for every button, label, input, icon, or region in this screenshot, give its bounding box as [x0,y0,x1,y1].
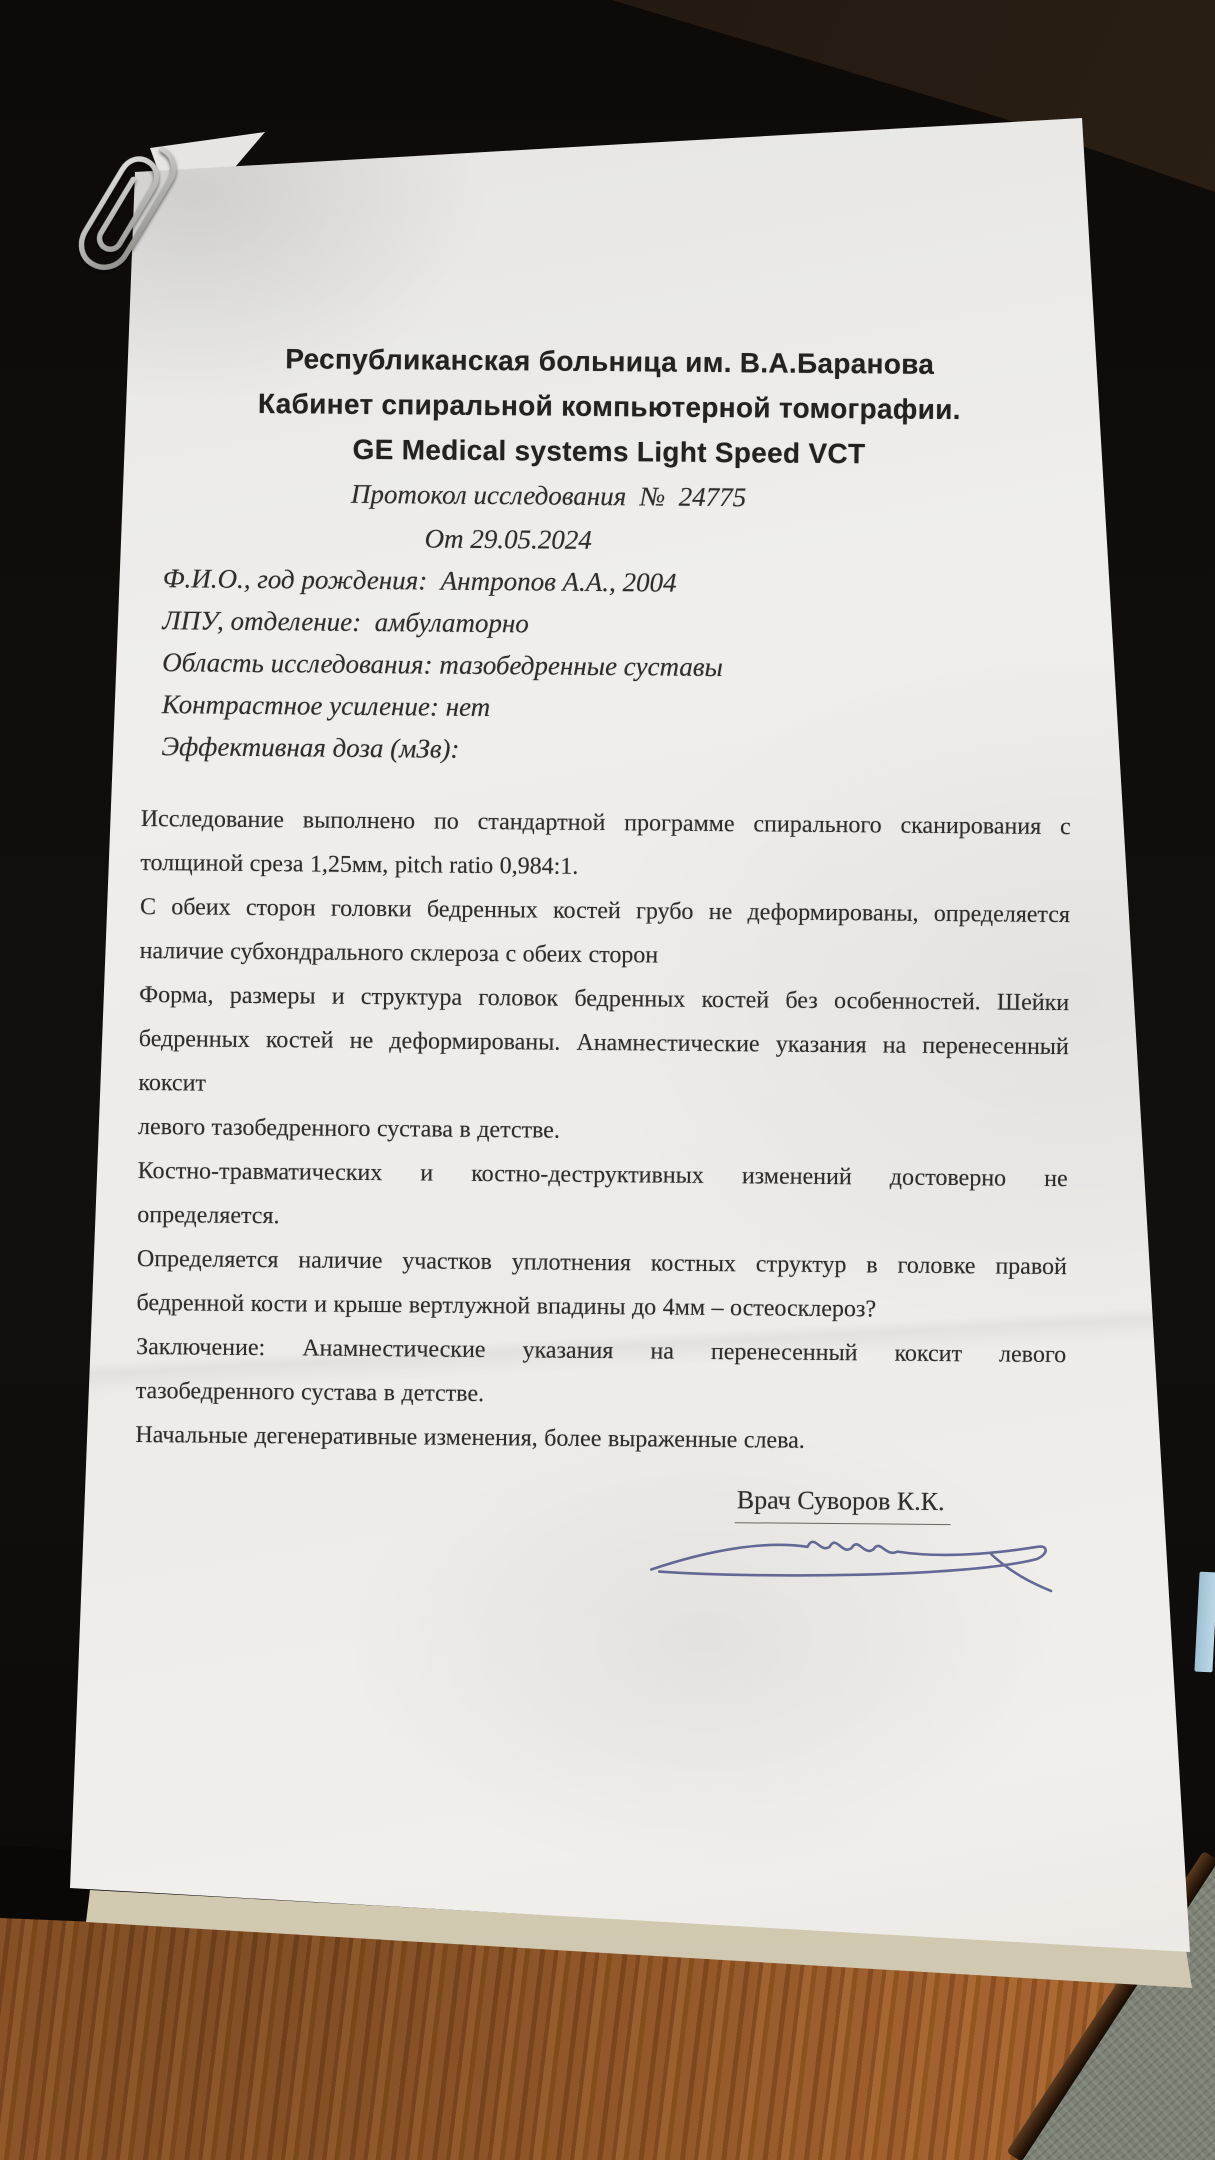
report-body: Исследование выполнено по стандартной пр… [135,797,1071,1465]
report-paragraph: Заключение: Анамнестические указания на … [136,1325,1067,1421]
report-paragraph: Форма, размеры и структура головок бедре… [138,973,1070,1157]
dose-line: Эффективная доза (мЗв): [161,725,1071,775]
report-paragraph: Костно-травматических и костно-деструкти… [137,1149,1068,1245]
department-name: Кабинет спиральной компьютерной томограф… [144,380,1074,433]
report-paragraph: С обеих сторон головки бедренных костей … [139,885,1070,981]
report-line: бедренных костей не деформированы. Анамн… [138,1017,1069,1113]
report-paragraph: Начальные дегенеративные изменения, боле… [135,1413,1065,1465]
protocol-title: Протокол исследования № 24775 [83,469,1013,522]
background-object [1194,1572,1215,1673]
report-paragraph: Определяется наличие участков уплотнения… [136,1237,1067,1333]
hospital-name: Республиканская больница им. В.А.Баранов… [145,335,1075,388]
protocol-date: От 29.05.2024 [43,514,973,564]
report-line: Начальные дегенеративные изменения, боле… [135,1413,1065,1465]
doctor-signature [639,1519,1070,1601]
patient-info-block: Ф.И.О., год рождения: Антропов А.А., 200… [141,557,1073,775]
signature-block: Врач Суворов К.К. [134,1475,1065,1613]
report-paragraph: Исследование выполнено по стандартной пр… [140,797,1071,893]
signature-stroke [651,1540,1051,1591]
signature-label: Врач Суворов К.К. [735,1480,951,1525]
photo-of-document: Республиканская больница им. В.А.Баранов… [0,0,1215,2160]
document-content: Республиканская больница им. В.А.Баранов… [134,335,1075,1613]
scanner-model: GE Medical systems Light Speed VCT [144,425,1074,478]
